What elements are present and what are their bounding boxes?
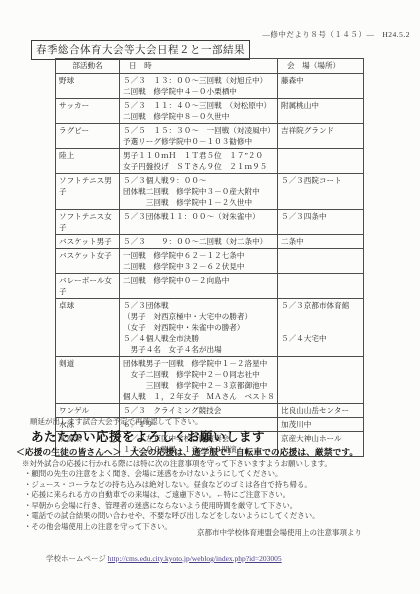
venue-cell: 吉祥院グランド	[278, 124, 364, 149]
notice-bullet: ・早朝から会場に行き、管理者の迷惑にならないよう使用時間を厳守して下さい。	[24, 501, 319, 512]
cell-line: ５／３ ９：００～二回戦（対二条中）	[123, 236, 274, 247]
schedule-cell: ５／３個人戦９：００～団体戦二回戦 修学院中３－０産大附中 三回戦 修学院中１－…	[120, 174, 278, 210]
schedule-cell: ５／３ １１：４０～三回戦 （対松原中）二回戦 修学院中８－０久世中	[120, 99, 278, 124]
table-row: 剣道団体戦男子一回戦 修学院中１－２洛星中 女子二回戦 修学院中２－０同志社中 …	[56, 357, 364, 404]
newsletter-page: ―修中だより８号（１４５）― H24.5.2 春季総合体育大会等大会日程２と一部…	[0, 0, 420, 594]
newsletter-header: ―修中だより８号（１４５）― H24.5.2	[262, 29, 410, 40]
club-cell: 陸上	[56, 149, 120, 174]
cell-line: ５／３団体戦１１：００～（対朱雀中）	[123, 211, 274, 222]
cell-line: ５／３個人戦９：００～	[123, 175, 274, 186]
cell-line: 吉祥院グランド	[281, 125, 360, 136]
venue-cell: ５／３西院コート	[278, 174, 364, 210]
table-row: 陸上男子１１０ｍＨ １Ｔ君５位 １７”２０女子円盤投げ ＳＴさん９位 ２１ｍ９５	[56, 149, 364, 174]
schedule-table: 部活動名日 時会 場（場所）野球５／３ １３：００～三回戦（対旭丘中）二回戦 修…	[55, 58, 364, 457]
column-header: 部活動名	[56, 59, 120, 74]
column-header: 会 場（場所）	[278, 59, 364, 74]
cell-line: 京産大神山ホール	[281, 433, 360, 444]
table-row: ラグビー５／５ １５：３０～ 一回戦（対凌風中）予選リーグ修学院中０－１０３勧修…	[56, 124, 364, 149]
table-row: バレーボール女子二回戦 修学院中０－２向島中	[56, 274, 364, 299]
homepage-label: 学校ホームページ	[46, 554, 108, 563]
notice-bullet: ・応援に来られる方の自動車での来場は、ご遠慮下さい。←特にご注意下さい。	[24, 490, 319, 501]
venue-cell: ５／３四条中	[278, 210, 364, 235]
club-cell: 野球	[56, 74, 120, 99]
appeal-subheading: ＜応援の生徒の皆さんへ＞ 大会の応援は、通学服で！自転車での応援は、厳禁です。	[16, 445, 358, 458]
cell-line: ５／３四条中	[281, 211, 360, 222]
cell-line: ５／４大宅中	[281, 333, 360, 344]
source-attribution: 京都市中学校体育連盟会場使用上の注意事項より	[197, 527, 362, 538]
table-row: ソフトテニス女子５／３団体戦１１：００～（対朱雀中）５／３四条中	[56, 210, 364, 235]
table-row: バスケット女子一回戦 修学院中６２－１２七条中二回戦 修学院中３２－６２伏見中	[56, 249, 364, 274]
table-row: サッカー５／３ １１：４０～三回戦 （対松原中）二回戦 修学院中８－０久世中附属…	[56, 99, 364, 124]
venue-cell: 藤森中	[278, 74, 364, 99]
cell-line: 二回戦 修学院中０－２向島中	[123, 275, 274, 286]
cell-line: 二条中	[281, 236, 360, 247]
notice-bullet: ・顧問の先生の注意をよく聞き、会場に迷惑をかけないようにしてください。	[24, 469, 319, 480]
club-cell: ソフトテニス男子	[56, 174, 120, 210]
cell-line: 二回戦 修学院中８－０久世中	[123, 111, 274, 122]
cell-line: ５／３京都市体育館	[281, 300, 360, 311]
schedule-cell: 団体戦男子一回戦 修学院中１－２洛星中 女子二回戦 修学院中２－０同志社中 三回…	[120, 357, 278, 404]
cell-line: 加茂川中	[281, 419, 360, 430]
appeal-intro: ※対外試合の応援に行かれる際には特に次の注意事項を守って下さいますようお願いしま…	[22, 458, 332, 469]
cell-line: （男子 対西京極中・大宅中の勝者）	[123, 311, 274, 322]
cell-line: 三回戦 修学院中２－３京都御池中	[123, 380, 274, 391]
club-cell: ラグビー	[56, 124, 120, 149]
cell-line: 二回戦 修学院中４－０小栗栖中	[123, 86, 274, 97]
club-cell: バスケット男子	[56, 235, 120, 249]
schedule-cell: 二回戦 修学院中０－２向島中	[120, 274, 278, 299]
cell-line: ５／３ １３：００～三回戦（対旭丘中）	[123, 75, 274, 86]
venue-cell: 比良山山岳センター	[278, 404, 364, 418]
venue-cell: ５／３京都市体育館 ５／４大宅中	[278, 299, 364, 357]
notice-bullet: ・電話での試合結果の問い合わせや、不要な呼び出しなどをしないようにしてください。	[24, 511, 319, 522]
notice-bullet: ・ジュース・コーラなどの持ち込みは絶対しない。昼食などのゴミは各自で持ち帰る。	[24, 480, 319, 491]
cell-line: 一回戦 修学院中６２－１２七条中	[123, 250, 274, 261]
notice-bullet-list: ・顧問の先生の注意をよく聞き、会場に迷惑をかけないようにしてください。・ジュース…	[24, 469, 319, 533]
venue-cell	[278, 149, 364, 174]
schedule-cell: ５／５ １５：３０～ 一回戦（対凌風中）予選リーグ修学院中０－１０３勧修中	[120, 124, 278, 149]
schedule-cell: ５／３ ９：００～二回戦（対二条中）	[120, 235, 278, 249]
club-cell: 剣道	[56, 357, 120, 404]
cell-line: 女子円盤投げ ＳＴさん９位 ２１ｍ９５	[123, 161, 274, 172]
table-header-row: 部活動名日 時会 場（場所）	[56, 59, 364, 74]
cell-line: 個人戦 １，２年女子 ＭＡさん ベスト８	[123, 391, 274, 402]
cell-line: 比良山山岳センター	[281, 405, 360, 416]
appeal-heading: あたたかい応援をよろしくお願いします	[31, 427, 265, 445]
table-row: 卓球５／３団体戦（男子 対西京極中・大宅中の勝者）（女子 対西院中・朱雀中の勝者…	[56, 299, 364, 357]
table-row: 野球５／３ １３：００～三回戦（対旭丘中）二回戦 修学院中４－０小栗栖中藤森中	[56, 74, 364, 99]
club-cell: サッカー	[56, 99, 120, 124]
club-cell: バレーボール女子	[56, 274, 120, 299]
cell-line: 三回戦 修学院中１－２久世中	[123, 197, 274, 208]
page-title: 春季総合体育大会等大会日程２と一部結果	[31, 40, 250, 60]
venue-cell	[278, 274, 364, 299]
venue-cell	[278, 249, 364, 274]
venue-cell: 二条中	[278, 235, 364, 249]
cell-line: 二回戦 修学院中３２－６２伏見中	[123, 261, 274, 272]
homepage-link[interactable]: http://cms.edu.city.kyoto.jp/weblog/inde…	[108, 554, 282, 563]
cell-line: 団体戦男子一回戦 修学院中１－２洛星中	[123, 358, 274, 369]
cell-line: 藤森中	[281, 75, 360, 86]
club-cell: ソフトテニス女子	[56, 210, 120, 235]
cell-line: ５／４個人戦全市決勝	[123, 333, 274, 344]
cell-line: ５／３団体戦	[123, 300, 274, 311]
venue-cell: 加茂川中	[278, 418, 364, 432]
column-header: 日 時	[120, 59, 278, 74]
club-cell: 卓球	[56, 299, 120, 357]
reschedule-note: 順延が出します試合大会予定で再確認して下さい。	[30, 416, 203, 427]
cell-line: 男子１１０ｍＨ １Ｔ君５位 １７”２０	[123, 150, 274, 161]
schedule-cell: 男子１１０ｍＨ １Ｔ君５位 １７”２０女子円盤投げ ＳＴさん９位 ２１ｍ９５	[120, 149, 278, 174]
venue-cell: 附属桃山中	[278, 99, 364, 124]
venue-cell	[278, 357, 364, 404]
cell-line: ５／３ クライミング競技会	[123, 405, 274, 416]
table-row: バスケット男子５／３ ９：００～二回戦（対二条中）二条中	[56, 235, 364, 249]
cell-line: 女子二回戦 修学院中２－０同志社中	[123, 369, 274, 380]
schedule-cell: 一回戦 修学院中６２－１２七条中二回戦 修学院中３２－６２伏見中	[120, 249, 278, 274]
schedule-cell: ５／３団体戦（男子 対西京極中・大宅中の勝者）（女子 対西院中・朱雀中の勝者）５…	[120, 299, 278, 357]
cell-line	[281, 322, 360, 333]
cell-line: 団体戦二回戦 修学院中３－０産大附中	[123, 186, 274, 197]
table-row: ソフトテニス男子５／３個人戦９：００～団体戦二回戦 修学院中３－０産大附中 三回…	[56, 174, 364, 210]
club-cell: バスケット女子	[56, 249, 120, 274]
cell-line: （女子 対西院中・朱雀中の勝者）	[123, 322, 274, 333]
cell-line: ５／３ １１：４０～三回戦 （対松原中）	[123, 100, 274, 111]
cell-line: 男子４名 女子４名が出場	[123, 344, 274, 355]
cell-line	[281, 311, 360, 322]
homepage-footer: 学校ホームページ http://cms.edu.city.kyoto.jp/we…	[46, 553, 282, 564]
cell-line: 予選リーグ修学院中０－１０３勧修中	[123, 136, 274, 147]
cell-line: ５／５ １５：３０～ 一回戦（対凌風中）	[123, 125, 274, 136]
cell-line: 附属桃山中	[281, 100, 360, 111]
schedule-cell: ５／３団体戦１１：００～（対朱雀中）	[120, 210, 278, 235]
schedule-cell: ５／３ １３：００～三回戦（対旭丘中）二回戦 修学院中４－０小栗栖中	[120, 74, 278, 99]
cell-line: ５／３西院コート	[281, 175, 360, 186]
